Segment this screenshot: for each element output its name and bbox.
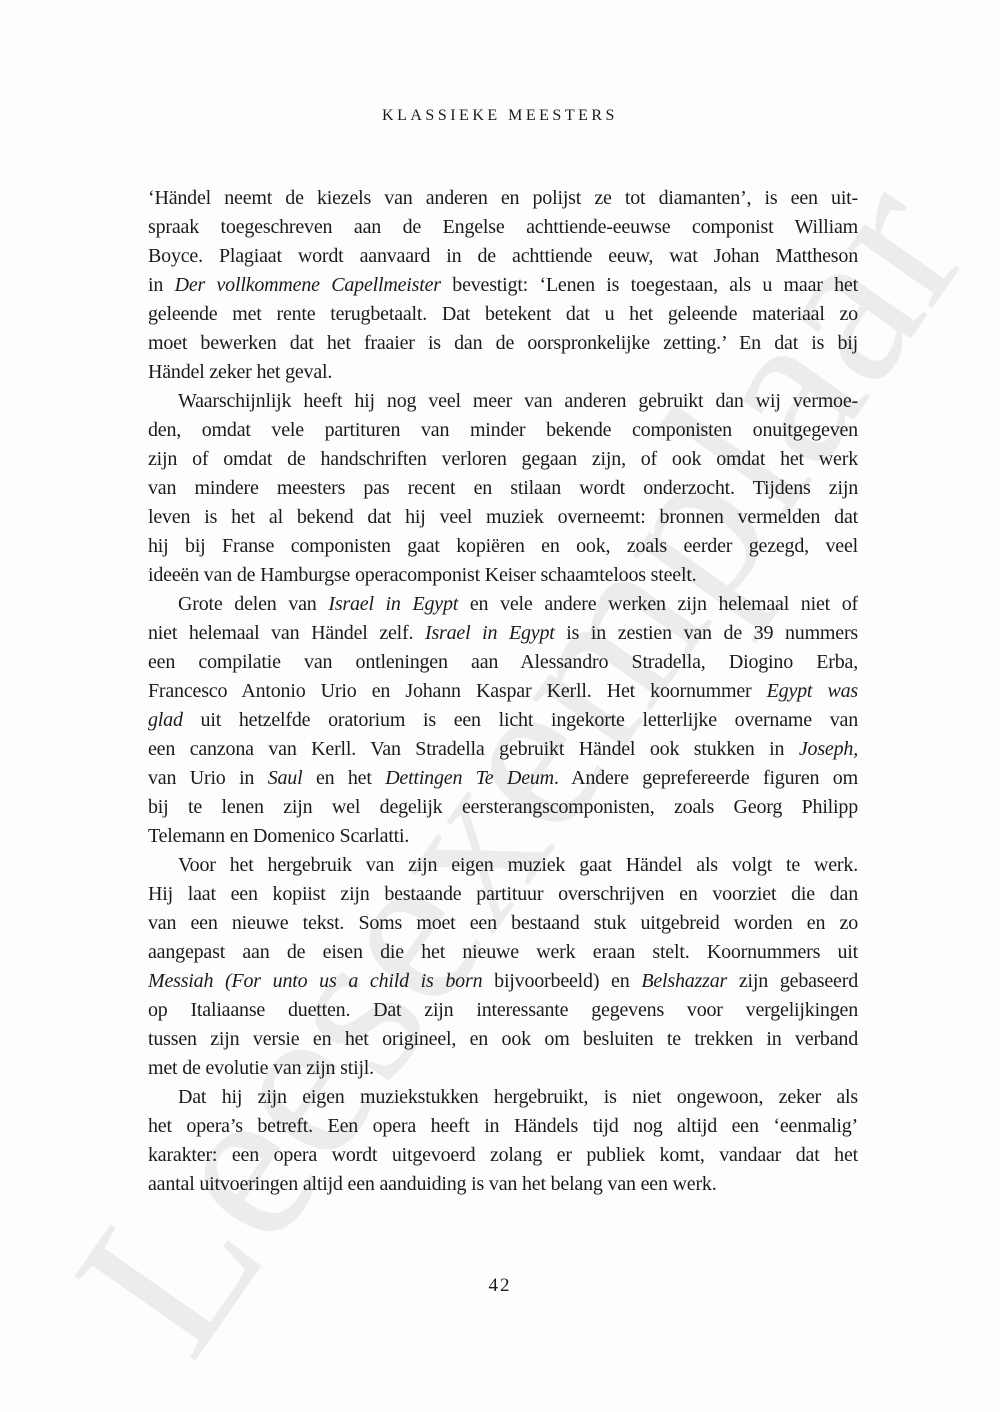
text-segment: Boyce. Plagiaat wordt aanvaard in de ach…: [148, 245, 858, 267]
text-segment: een canzona van Kerll. Van Stradella geb…: [148, 738, 799, 760]
text-line: het opera’s betreft. Een opera heeft in …: [148, 1112, 858, 1141]
text-line: tussen zijn versie en het origineel, en …: [148, 1025, 858, 1054]
text-line: spraak toegeschreven aan de Engelse acht…: [148, 213, 858, 242]
text-segment: in: [148, 274, 175, 296]
text-line: van een nieuwe tekst. Soms moet een best…: [148, 909, 858, 938]
text-line: een canzona van Kerll. Van Stradella geb…: [148, 735, 858, 764]
text-segment: . Andere geprefereerde figuren om: [554, 767, 858, 789]
text-line: met de evolutie van zijn stijl.: [148, 1054, 858, 1083]
text-segment: moet bewerken dat het fraaier is dan de …: [148, 332, 858, 354]
italic-text-segment: glad: [148, 709, 183, 731]
text-line: op Italiaanse duetten. Dat zijn interess…: [148, 996, 858, 1025]
italic-text-segment: Der vollkommene Capellmeister: [175, 274, 441, 296]
text-segment: van een nieuwe tekst. Soms moet een best…: [148, 912, 858, 934]
italic-text-segment: Belshazzar: [641, 970, 727, 992]
text-segment: met de evolutie van zijn stijl.: [148, 1057, 374, 1079]
body-text-block: ‘Händel neemt de kiezels van anderen en …: [148, 184, 858, 1199]
page-number: 42: [0, 1275, 1000, 1297]
text-segment: van mindere meesters pas recent en stila…: [148, 477, 858, 499]
italic-text-segment: Messiah (For unto us a child is born: [148, 970, 482, 992]
text-segment: Hij laat een kopiist zijn bestaande part…: [148, 883, 858, 905]
text-segment: Francesco Antonio Urio en Johann Kaspar …: [148, 680, 767, 702]
text-line: moet bewerken dat het fraaier is dan de …: [148, 329, 858, 358]
text-segment: spraak toegeschreven aan de Engelse acht…: [148, 216, 858, 238]
text-segment: niet helemaal van Händel zelf.: [148, 622, 425, 644]
text-segment: bij te lenen zijn wel degelijk eersteran…: [148, 796, 858, 818]
text-segment: aantal uitvoeringen altijd een aanduidin…: [148, 1173, 717, 1195]
text-segment: den, omdat vele partituren van minder be…: [148, 419, 858, 441]
text-line: glad uit hetzelfde oratorium is een lich…: [148, 706, 858, 735]
text-line: Hij laat een kopiist zijn bestaande part…: [148, 880, 858, 909]
text-segment: geleende met rente terugbetaalt. Dat bet…: [148, 303, 858, 325]
text-segment: karakter: een opera wordt uitgevoerd zol…: [148, 1144, 858, 1166]
text-line: zijn of omdat de handschriften verloren …: [148, 445, 858, 474]
text-line: van mindere meesters pas recent en stila…: [148, 474, 858, 503]
italic-text-segment: Joseph,: [799, 738, 858, 760]
text-segment: en vele andere werken zijn helemaal niet…: [458, 593, 858, 615]
text-segment: uit hetzelfde oratorium is een licht ing…: [183, 709, 858, 731]
text-line: den, omdat vele partituren van minder be…: [148, 416, 858, 445]
text-segment: Dat hij zijn eigen muziekstukken hergebr…: [178, 1086, 858, 1108]
text-line: ideeën van de Hamburgse operacomponist K…: [148, 561, 858, 590]
text-line: van Urio in Saul en het Dettingen Te Deu…: [148, 764, 858, 793]
text-segment: het opera’s betreft. Een opera heeft in …: [148, 1115, 858, 1137]
text-segment: zijn of omdat de handschriften verloren …: [148, 448, 858, 470]
text-segment: ‘Händel neemt de kiezels van anderen en …: [148, 187, 858, 209]
text-segment: bevestigt: ‘Lenen is toegestaan, als u m…: [441, 274, 858, 296]
text-line: Voor het hergebruik van zijn eigen muzie…: [148, 851, 858, 880]
text-line: Messiah (For unto us a child is born bij…: [148, 967, 858, 996]
text-segment: Händel zeker het geval.: [148, 361, 332, 383]
text-segment: hij bij Franse componisten gaat kopiëren…: [148, 535, 858, 557]
text-line: Waarschijnlijk heeft hij nog veel meer v…: [148, 387, 858, 416]
italic-text-segment: Israel in Egypt: [425, 622, 555, 644]
text-line: Dat hij zijn eigen muziekstukken hergebr…: [148, 1083, 858, 1112]
text-segment: zijn gebaseerd: [727, 970, 858, 992]
text-segment: Voor het hergebruik van zijn eigen muzie…: [178, 854, 858, 876]
text-line: geleende met rente terugbetaalt. Dat bet…: [148, 300, 858, 329]
text-line: in Der vollkommene Capellmeister bevesti…: [148, 271, 858, 300]
text-segment: ideeën van de Hamburgse operacomponist K…: [148, 564, 696, 586]
text-line: Francesco Antonio Urio en Johann Kaspar …: [148, 677, 858, 706]
text-segment: Telemann en Domenico Scarlatti.: [148, 825, 409, 847]
text-segment: is in zestien van de 39 nummers: [555, 622, 858, 644]
text-segment: Grote delen van: [178, 593, 328, 615]
text-segment: bijvoorbeeld) en: [482, 970, 641, 992]
text-segment: aangepast aan de eisen die het nieuwe we…: [148, 941, 858, 963]
text-segment: van Urio in: [148, 767, 268, 789]
text-line: Händel zeker het geval.: [148, 358, 858, 387]
text-segment: tussen zijn versie en het origineel, en …: [148, 1028, 858, 1050]
text-segment: Waarschijnlijk heeft hij nog veel meer v…: [178, 390, 858, 412]
italic-text-segment: Israel in Egypt: [328, 593, 458, 615]
text-segment: op Italiaanse duetten. Dat zijn interess…: [148, 999, 858, 1021]
text-segment: een compilatie van ontleningen aan Aless…: [148, 651, 858, 673]
text-line: bij te lenen zijn wel degelijk eersteran…: [148, 793, 858, 822]
text-line: leven is het al bekend dat hij veel muzi…: [148, 503, 858, 532]
text-line: hij bij Franse componisten gaat kopiëren…: [148, 532, 858, 561]
text-line: ‘Händel neemt de kiezels van anderen en …: [148, 184, 858, 213]
text-line: aangepast aan de eisen die het nieuwe we…: [148, 938, 858, 967]
text-line: een compilatie van ontleningen aan Aless…: [148, 648, 858, 677]
text-line: Boyce. Plagiaat wordt aanvaard in de ach…: [148, 242, 858, 271]
running-header: KLASSIEKE MEESTERS: [0, 107, 1000, 125]
text-segment: en het: [302, 767, 385, 789]
book-page: Leesexemplaar KLASSIEKE MEESTERS ‘Händel…: [0, 0, 1000, 1412]
text-line: Telemann en Domenico Scarlatti.: [148, 822, 858, 851]
italic-text-segment: Dettingen Te Deum: [385, 767, 554, 789]
text-line: niet helemaal van Händel zelf. Israel in…: [148, 619, 858, 648]
text-line: Grote delen van Israel in Egypt en vele …: [148, 590, 858, 619]
text-segment: leven is het al bekend dat hij veel muzi…: [148, 506, 858, 528]
text-line: karakter: een opera wordt uitgevoerd zol…: [148, 1141, 858, 1170]
italic-text-segment: Egypt was: [767, 680, 858, 702]
italic-text-segment: Saul: [268, 767, 303, 789]
text-line: aantal uitvoeringen altijd een aanduidin…: [148, 1170, 858, 1199]
